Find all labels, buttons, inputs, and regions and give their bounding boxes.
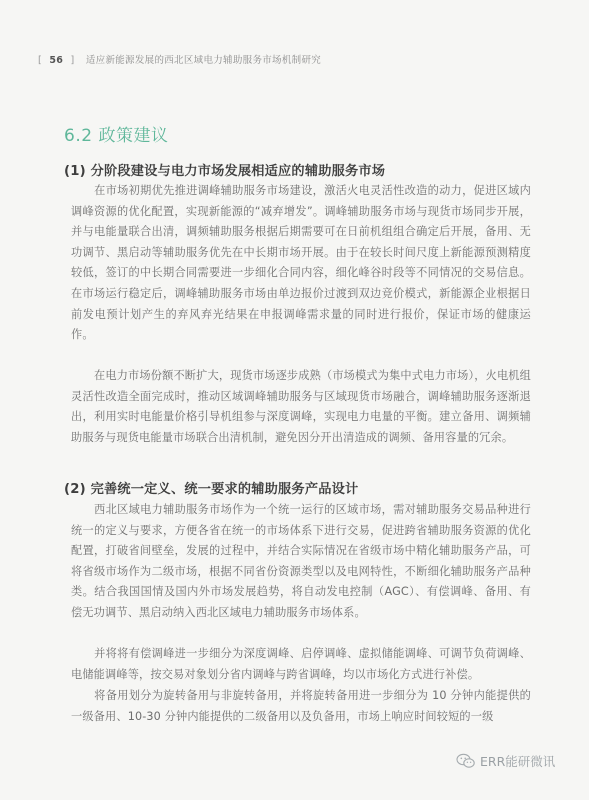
subsection-heading-1: (1) 分阶段建设与电力市场发展相适应的辅助服务市场 (64, 160, 385, 179)
section-title: 6.2 政策建议 (64, 121, 168, 146)
paragraph-text: 西北区域电力辅助服务市场作为一个统一运行的区域市场，需对辅助服务交易品种进行统一… (71, 503, 531, 619)
watermark-text: ERR能研微讯 (480, 752, 555, 770)
watermark: ERR能研微讯 (456, 752, 555, 770)
wechat-icon (456, 753, 476, 769)
running-title: 适应新能源发展的西北区域电力辅助服务市场机制研究 (86, 55, 321, 66)
paragraph-text: 在电力市场份额不断扩大，现货市场逐步成熟（市场模式为集中式电力市场），火电机组灵… (71, 369, 531, 444)
subsection-heading-2: (2) 完善统一定义、统一要求的辅助服务产品设计 (64, 478, 358, 497)
paragraph-text: 将备用划分为旋转备用与非旋转备用，并将旋转备用进一步细分为 10 分钟内能提供的… (71, 689, 531, 723)
paragraph-2-2: 并将将有偿调峰进一步细分为深度调峰、启停调峰、虚拟储能调峰、可调节负荷调峰、电储… (71, 644, 531, 685)
page-number: 56 (49, 55, 63, 66)
paragraph-2-3: 将备用划分为旋转备用与非旋转备用，并将旋转备用进一步细分为 10 分钟内能提供的… (71, 686, 531, 727)
paragraph-1-1: 在市场初期优先推进调峰辅助服务市场建设，激活火电灵活性改造的动力，促进区域内调峰… (71, 181, 531, 346)
paragraph-1-2: 在电力市场份额不断扩大，现货市场逐步成熟（市场模式为集中式电力市场），火电机组灵… (71, 366, 531, 448)
paragraph-text: 在市场初期优先推进调峰辅助服务市场建设，激活火电灵活性改造的动力，促进区域内调峰… (71, 184, 531, 341)
running-header: [ 56 ] 适应新能源发展的西北区域电力辅助服务市场机制研究 (38, 52, 321, 66)
paragraph-text: 并将将有偿调峰进一步细分为深度调峰、启停调峰、虚拟储能调峰、可调节负荷调峰、电储… (71, 647, 531, 681)
page-number-bracket-left: [ (38, 55, 42, 66)
paragraph-2-1: 西北区域电力辅助服务市场作为一个统一运行的区域市场，需对辅助服务交易品种进行统一… (71, 500, 531, 624)
page-number-bracket-right: ] (71, 55, 75, 66)
